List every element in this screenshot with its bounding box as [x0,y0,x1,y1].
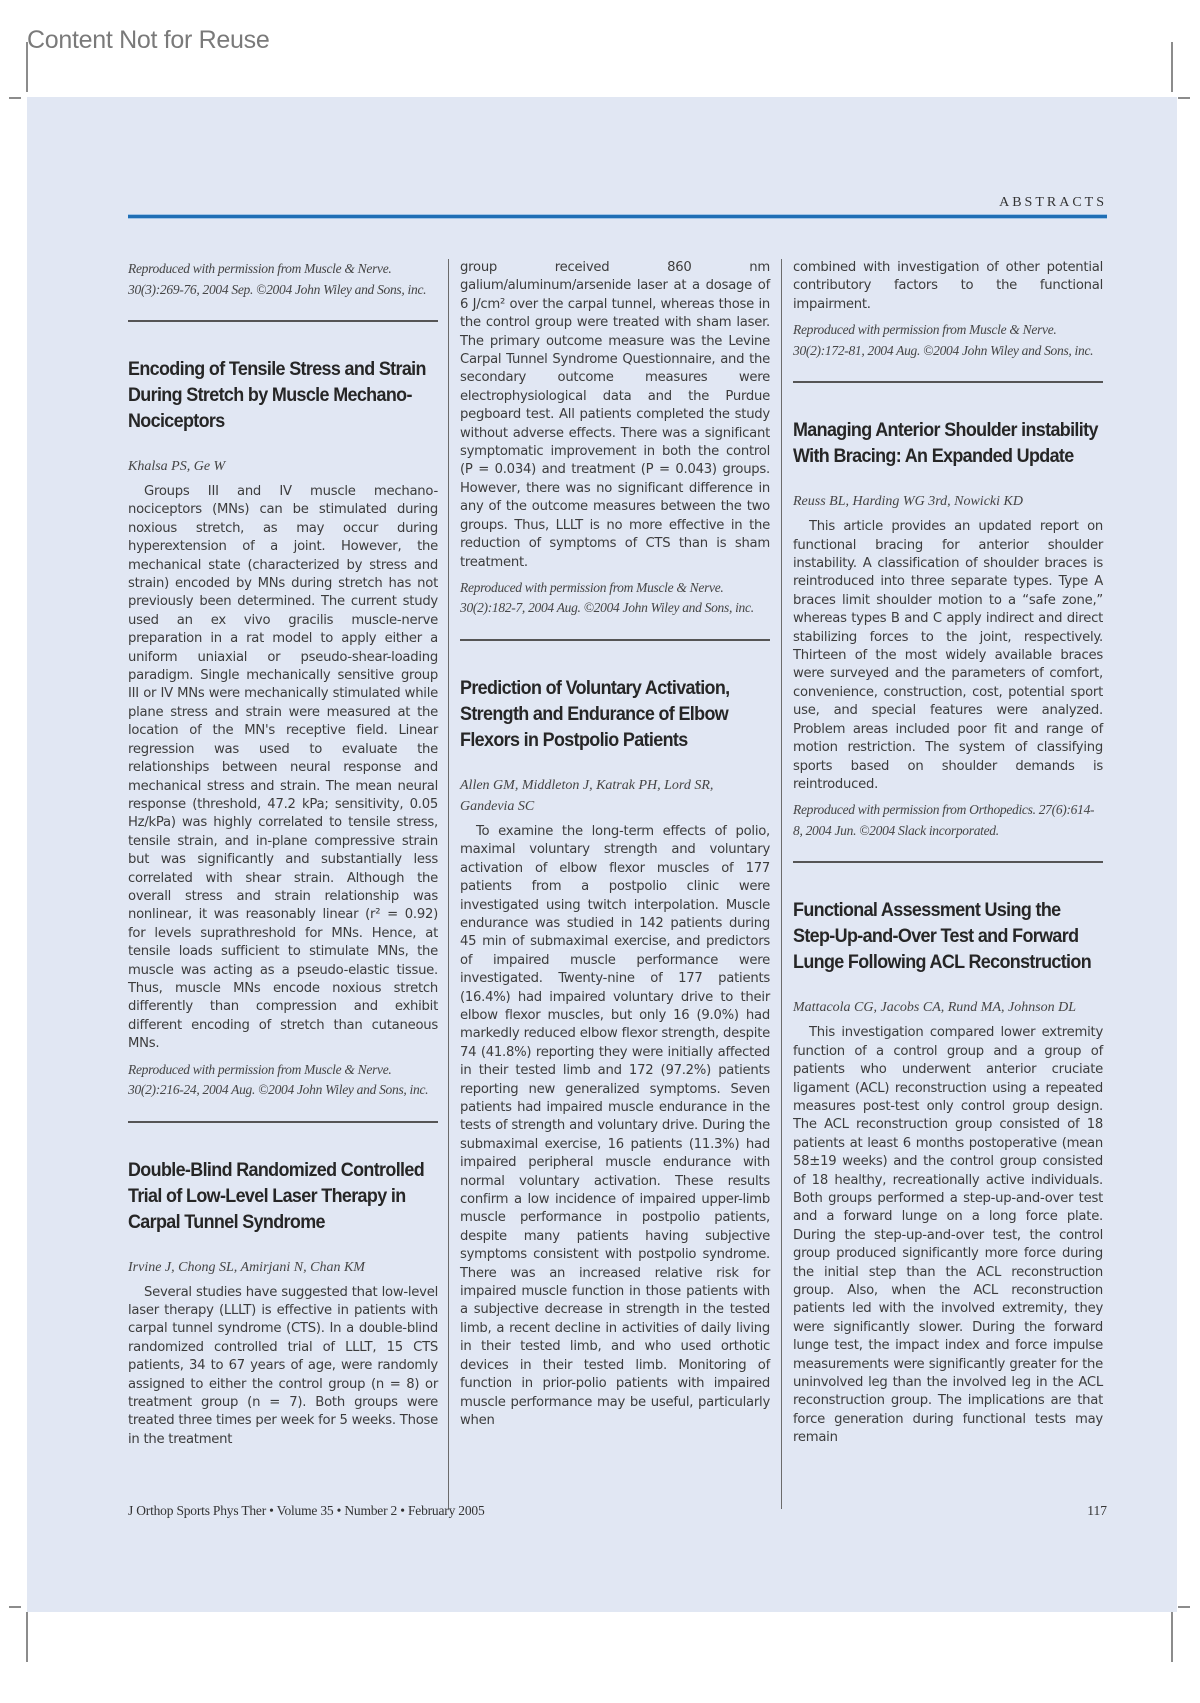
abstract-article: Prediction of Voluntary Activation, Stre… [460,675,770,1430]
crop-mark-bottom-right-h [1178,1606,1190,1608]
permission-credit: Reproduced with permission from Muscle &… [128,259,438,300]
crop-mark-bottom-left-v [26,1612,28,1662]
article-title: Functional Assessment Using the Step-Up-… [793,897,1106,975]
journal-page: ABSTRACTS Reproduced with permission fro… [27,97,1177,1612]
article-title: Double-Blind Randomized Controlled Trial… [128,1157,441,1235]
article-separator [793,381,1103,383]
crop-mark-top-right-h [1178,97,1190,99]
watermark: Content Not for Reuse [27,26,269,55]
article-abstract-continued: combined with investigation of other pot… [793,259,1103,314]
permission-credit: Reproduced with permission from Muscle &… [128,1060,438,1101]
journal-citation: J Orthop Sports Phys Ther • Volume 35 • … [128,1503,485,1519]
crop-mark-bottom-left-h [9,1606,21,1608]
crop-mark-top-left-h [9,97,21,99]
article-authors: Irvine J, Chong SL, Amirjani N, Chan KM [128,1257,438,1278]
abstract-article: Encoding of Tensile Stress and Strain Du… [128,356,438,1101]
article-separator [128,320,438,322]
article-authors: Khalsa PS, Ge W [128,456,438,477]
column-divider [448,259,449,1509]
crop-mark-bottom-right-v [1171,1612,1173,1662]
permission-credit: Reproduced with permission from Orthoped… [793,800,1103,841]
column-divider [781,259,782,1509]
article-abstract: This investigation compared lower extrem… [793,1024,1103,1447]
header-rule [128,215,1107,218]
article-separator [460,639,770,641]
crop-mark-top-right-v [1171,42,1173,92]
column-3: combined with investigation of other pot… [793,259,1103,1454]
article-abstract-continued: group received 860 nm galium/aluminum/ar… [460,259,770,572]
article-title: Encoding of Tensile Stress and Strain Du… [128,356,441,434]
article-separator [128,1121,438,1123]
column-2: group received 860 nm galium/aluminum/ar… [460,259,770,1436]
article-title: Managing Anterior Shoulder instability W… [793,417,1106,469]
crop-mark-top-left-v [26,42,28,92]
article-abstract: Several studies have suggested that low-… [128,1284,438,1450]
article-title: Prediction of Voluntary Activation, Stre… [460,675,773,753]
article-authors: Mattacola CG, Jacobs CA, Rund MA, Johnso… [793,997,1103,1018]
permission-credit: Reproduced with permission from Muscle &… [793,320,1103,361]
abstract-article: Double-Blind Randomized Controlled Trial… [128,1157,438,1450]
section-label: ABSTRACTS [999,195,1107,211]
permission-credit: Reproduced with permission from Muscle &… [460,578,770,619]
article-separator [793,861,1103,863]
article-abstract: This article provides an updated report … [793,518,1103,794]
article-authors: Reuss BL, Harding WG 3rd, Nowicki KD [793,491,1103,512]
article-abstract: Groups III and IV muscle mechano-nocicep… [128,483,438,1054]
page-number: 117 [1087,1503,1107,1519]
column-1: Reproduced with permission from Muscle &… [128,259,438,1455]
article-abstract: To examine the long-term effects of poli… [460,823,770,1430]
article-authors: Allen GM, Middleton J, Katrak PH, Lord S… [460,775,770,817]
abstract-article: Managing Anterior Shoulder instability W… [793,417,1103,841]
abstract-article: Functional Assessment Using the Step-Up-… [793,897,1103,1447]
